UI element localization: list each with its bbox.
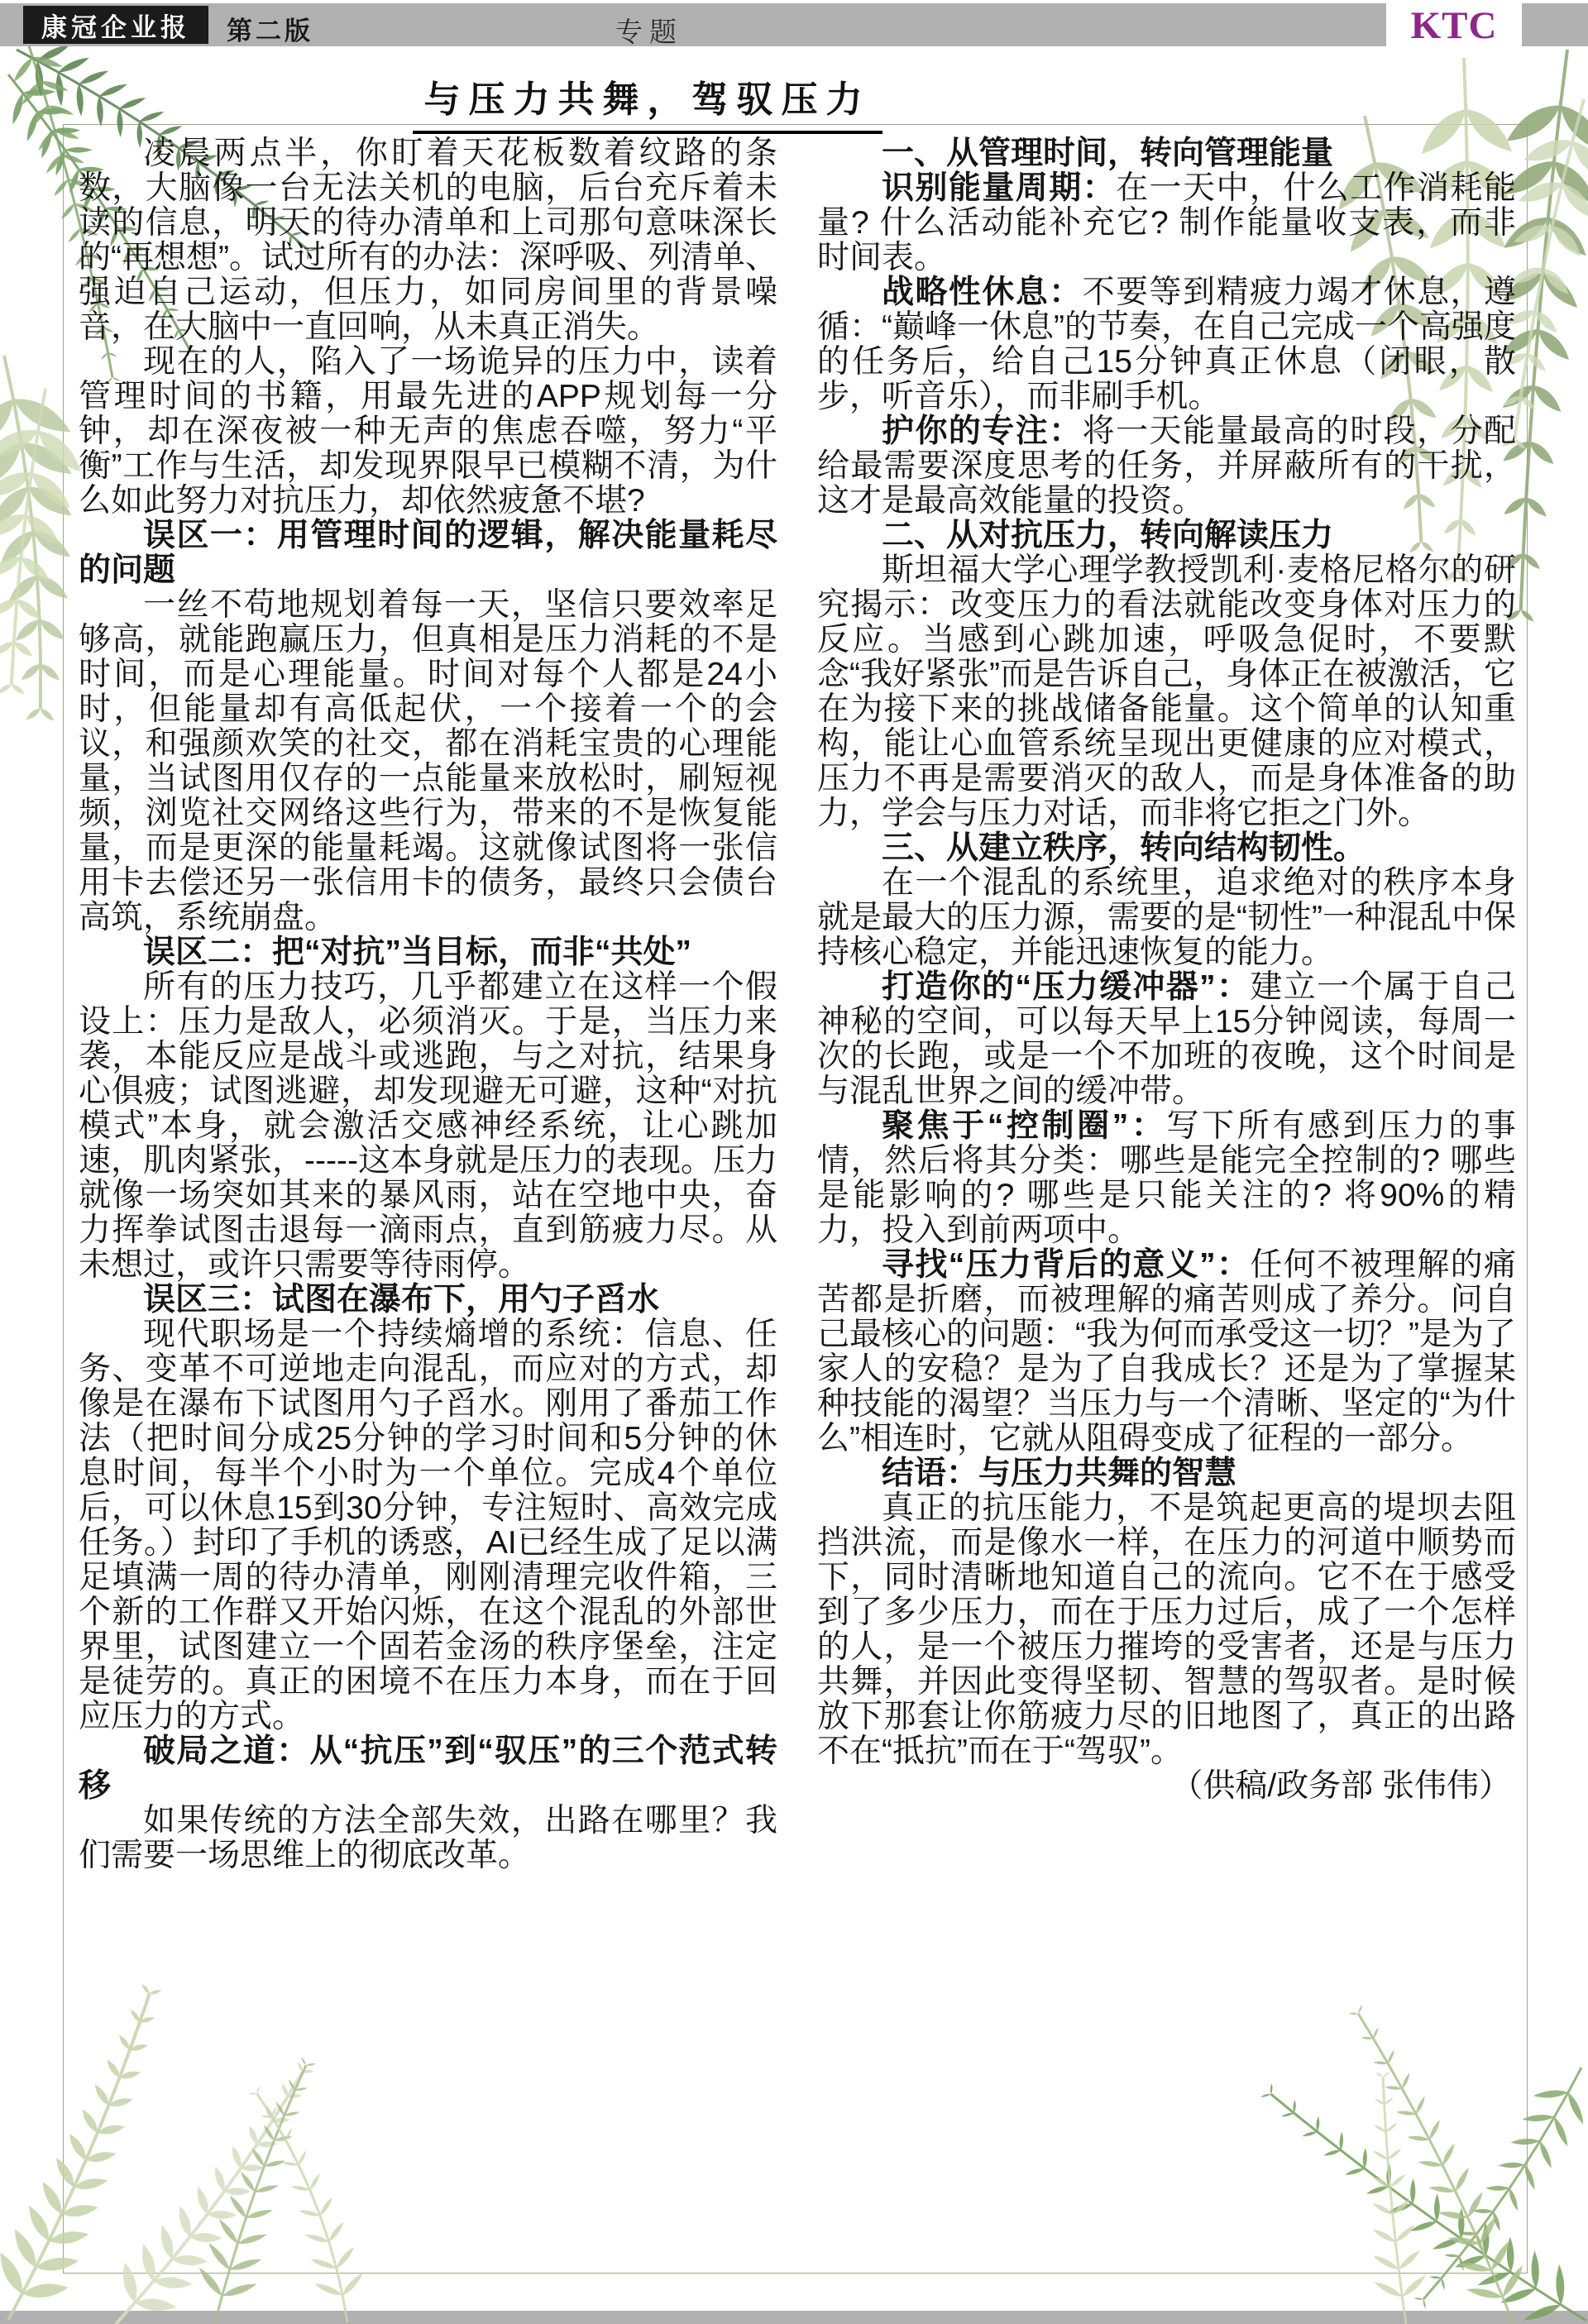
body-paragraph: 斯坦福大学心理学教授凯利·麦格尼格尔的研究揭示：改变压力的看法就能改变身体对压力… — [817, 553, 1516, 831]
header-bar: 康冠企业报 第二版 专题 KTC — [0, 3, 1588, 46]
right-column: 一、从管理时间，转向管理能量识别能量周期：在一天中，什么工作消耗能量? 什么活动… — [817, 136, 1516, 1804]
byline: （供稿/政务部 张伟伟） — [817, 1769, 1516, 1804]
body-paragraph: 战略性休息：不要等到精疲力竭才休息，遵循：“巅峰一休息”的节奏，在自己完成一个高… — [817, 275, 1516, 414]
body-paragraph: 寻找“压力背后的意义”：任何不被理解的痛苦都是折磨，而被理解的痛苦则成了养分。问… — [817, 1248, 1516, 1456]
ktc-logo: KTC — [1411, 3, 1498, 48]
article-title: 与压力共舞，驾驭压力 — [413, 69, 882, 134]
left-column: 凌晨两点半，你盯着天花板数着纹路的条数，大脑像一台无法关机的电脑，后台充斥着未读… — [79, 136, 777, 1873]
section-heading: 二、从对抗压力，转向解读压力 — [817, 519, 1516, 553]
logo-box: KTC — [1386, 0, 1522, 50]
body-paragraph: 打造你的“压力缓冲器”：建立一个属于自己神秘的空间，可以每天早上15分钟阅读，每… — [817, 970, 1516, 1109]
section-heading: 结语：与压力共舞的智慧 — [817, 1456, 1516, 1491]
article-box: 凌晨两点半，你盯着天花板数着纹路的条数，大脑像一台无法关机的电脑，后台充斥着未读… — [63, 124, 1528, 2274]
footer-bar — [0, 2311, 1588, 2324]
section-heading: 误区一：用管理时间的逻辑，解决能量耗尽的问题 — [79, 519, 777, 588]
paragraph-lead: 寻找“压力背后的意义”： — [882, 1247, 1250, 1283]
body-paragraph: 真正的抗压能力，不是筑起更高的堤坝去阻挡洪流，而是像水一样，在压力的河道中顺势而… — [817, 1491, 1516, 1769]
body-paragraph: 护你的专注：将一天能量最高的时段，分配给最需要深度思考的任务，并屏蔽所有的干扰，… — [817, 414, 1516, 519]
body-paragraph: 聚焦于“控制圈”：写下所有感到压力的事情，然后将其分类：哪些是能完全控制的? 哪… — [817, 1109, 1516, 1248]
body-paragraph: 在一个混乱的系统里，追求绝对的秩序本身就是最大的压力源，需要的是“韧性”一种混乱… — [817, 866, 1516, 970]
body-paragraph: 如果传统的方法全部失效，出路在哪里？我们需要一场思维上的彻底改革。 — [79, 1804, 777, 1873]
paragraph-lead: 识别能量周期： — [882, 170, 1116, 206]
section-heading: 误区三：试图在瀑布下，用勺子舀水 — [79, 1283, 777, 1317]
body-paragraph: 识别能量周期：在一天中，什么工作消耗能量? 什么活动能补充它? 制作能量收支表，… — [817, 171, 1516, 275]
body-paragraph: 现代职场是一个持续熵增的系统：信息、任务、变革不可逆地走向混乱，而应对的方式，却… — [79, 1317, 777, 1734]
paragraph-lead: 打造你的“压力缓冲器”： — [882, 969, 1250, 1005]
body-paragraph: 凌晨两点半，你盯着天花板数着纹路的条数，大脑像一台无法关机的电脑，后台充斥着未读… — [79, 136, 777, 345]
section-heading: 三、从建立秩序，转向结构韧性。 — [817, 831, 1516, 866]
section-heading: 一、从管理时间，转向管理能量 — [817, 136, 1516, 171]
paragraph-lead: 聚焦于“控制圈”： — [882, 1108, 1167, 1144]
body-paragraph: 一丝不苟地规划着每一天，坚信只要效率足够高，就能跑赢压力，但真相是压力消耗的不是… — [79, 588, 777, 935]
paragraph-lead: 战略性休息： — [882, 275, 1083, 310]
section-heading: 误区二：把“对抗”当目标，而非“共处” — [79, 935, 777, 970]
section-heading: 破局之道：从“抗压”到“驭压”的三个范式转移 — [79, 1734, 777, 1804]
title-area: 与压力共舞，驾驭压力 — [0, 69, 1294, 134]
body-paragraph: 现在的人，陷入了一场诡异的压力中，读着管理时间的书籍，用最先进的APP规划每一分… — [79, 345, 777, 519]
section-label: 专题 — [0, 11, 1299, 50]
body-paragraph: 所有的压力技巧，几乎都建立在这样一个假设上：压力是敌人，必须消灭。于是，当压力来… — [79, 970, 777, 1283]
paragraph-lead: 护你的专注： — [882, 414, 1083, 449]
